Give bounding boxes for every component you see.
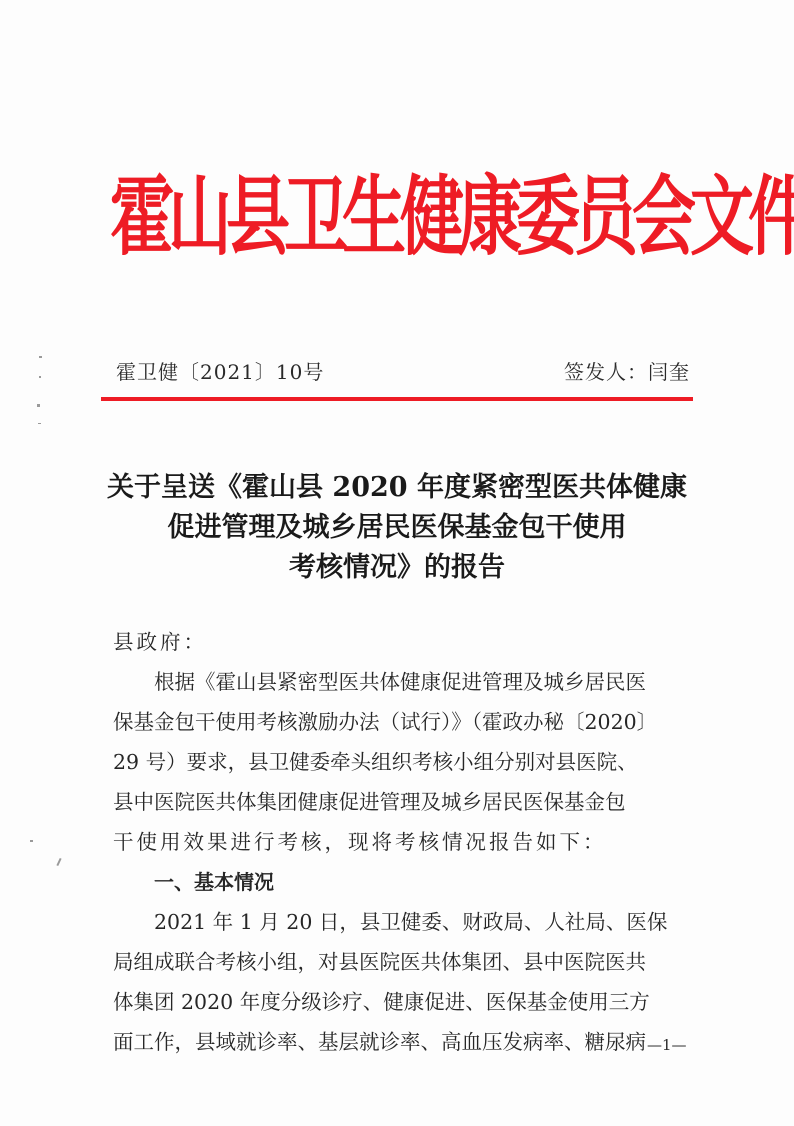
paragraph-line: 29 号）要求，县卫健委牵头组织考核小组分别对县医院、 (113, 742, 693, 782)
paragraph-line: 面工作，县域就诊率、基层就诊率、高血压发病率、糖尿病 (113, 1022, 693, 1062)
masthead-title: 霍 山 县 卫 生 健 康 委 员 会 文 件 (110, 140, 690, 295)
title-line: 促进管理及城乡居民医保基金包干使用 (100, 508, 694, 548)
masthead-char: 卫 (284, 140, 342, 295)
masthead-char: 文 (690, 140, 748, 295)
document-page: 霍 山 县 卫 生 健 康 委 员 会 文 件 霍卫健〔2021〕10号 签发人… (0, 0, 794, 1126)
document-number: 霍卫健〔2021〕10号 (116, 356, 324, 388)
paragraph-line: 2021 年 1 月 20 日，县卫健委、财政局、人社局、医保 (113, 902, 693, 942)
masthead-char: 霍 (110, 140, 168, 295)
document-body: 县政府： 根据《霍山县紧密型医共体健康促进管理及城乡居民医 保基金包干使用考核激… (113, 622, 693, 1062)
section-heading: 一、基本情况 (113, 862, 693, 902)
paragraph-line: 保基金包干使用考核激励办法（试行）》（霍政办秘〔2020〕 (113, 702, 693, 742)
scan-speck (39, 356, 42, 358)
signer: 签发人：闫奎 (564, 356, 690, 388)
scan-speck (37, 404, 40, 407)
document-number-row: 霍卫健〔2021〕10号 签发人：闫奎 (110, 356, 690, 388)
masthead-char: 委 (516, 140, 574, 295)
paragraph-line: 干使用效果进行考核，现将考核情况报告如下： (113, 822, 693, 862)
masthead-char: 生 (342, 140, 400, 295)
masthead-char: 健 (400, 140, 458, 295)
scan-speck (38, 423, 41, 424)
paragraph-line: 局组成联合考核小组，对县医院医共体集团、县中医院医共 (113, 942, 693, 982)
paragraph-line: 根据《霍山县紧密型医共体健康促进管理及城乡居民医 (113, 662, 693, 702)
document-title: 关于呈送《霍山县 2020 年度紧密型医共体健康 促进管理及城乡居民医保基金包干… (100, 468, 694, 588)
masthead-char: 员 (574, 140, 632, 295)
masthead-char: 县 (226, 140, 284, 295)
masthead-char: 山 (168, 140, 226, 295)
masthead-char: 件 (748, 140, 794, 295)
paragraph-line: 体集团 2020 年度分级诊疗、健康促进、医保基金使用三方 (113, 982, 693, 1022)
scan-speck (39, 376, 41, 378)
masthead-char: 康 (458, 140, 516, 295)
page-number: —1— (647, 1036, 687, 1054)
addressee: 县政府： (113, 622, 693, 662)
scan-speck (30, 840, 33, 842)
title-line: 关于呈送《霍山县 2020 年度紧密型医共体健康 (100, 468, 694, 508)
red-separator-rule (101, 397, 693, 401)
paragraph-line: 县中医院医共体集团健康促进管理及城乡居民医保基金包 (113, 782, 693, 822)
title-line: 考核情况》的报告 (100, 548, 694, 588)
masthead-char: 会 (632, 140, 690, 295)
scan-speck (56, 858, 61, 866)
